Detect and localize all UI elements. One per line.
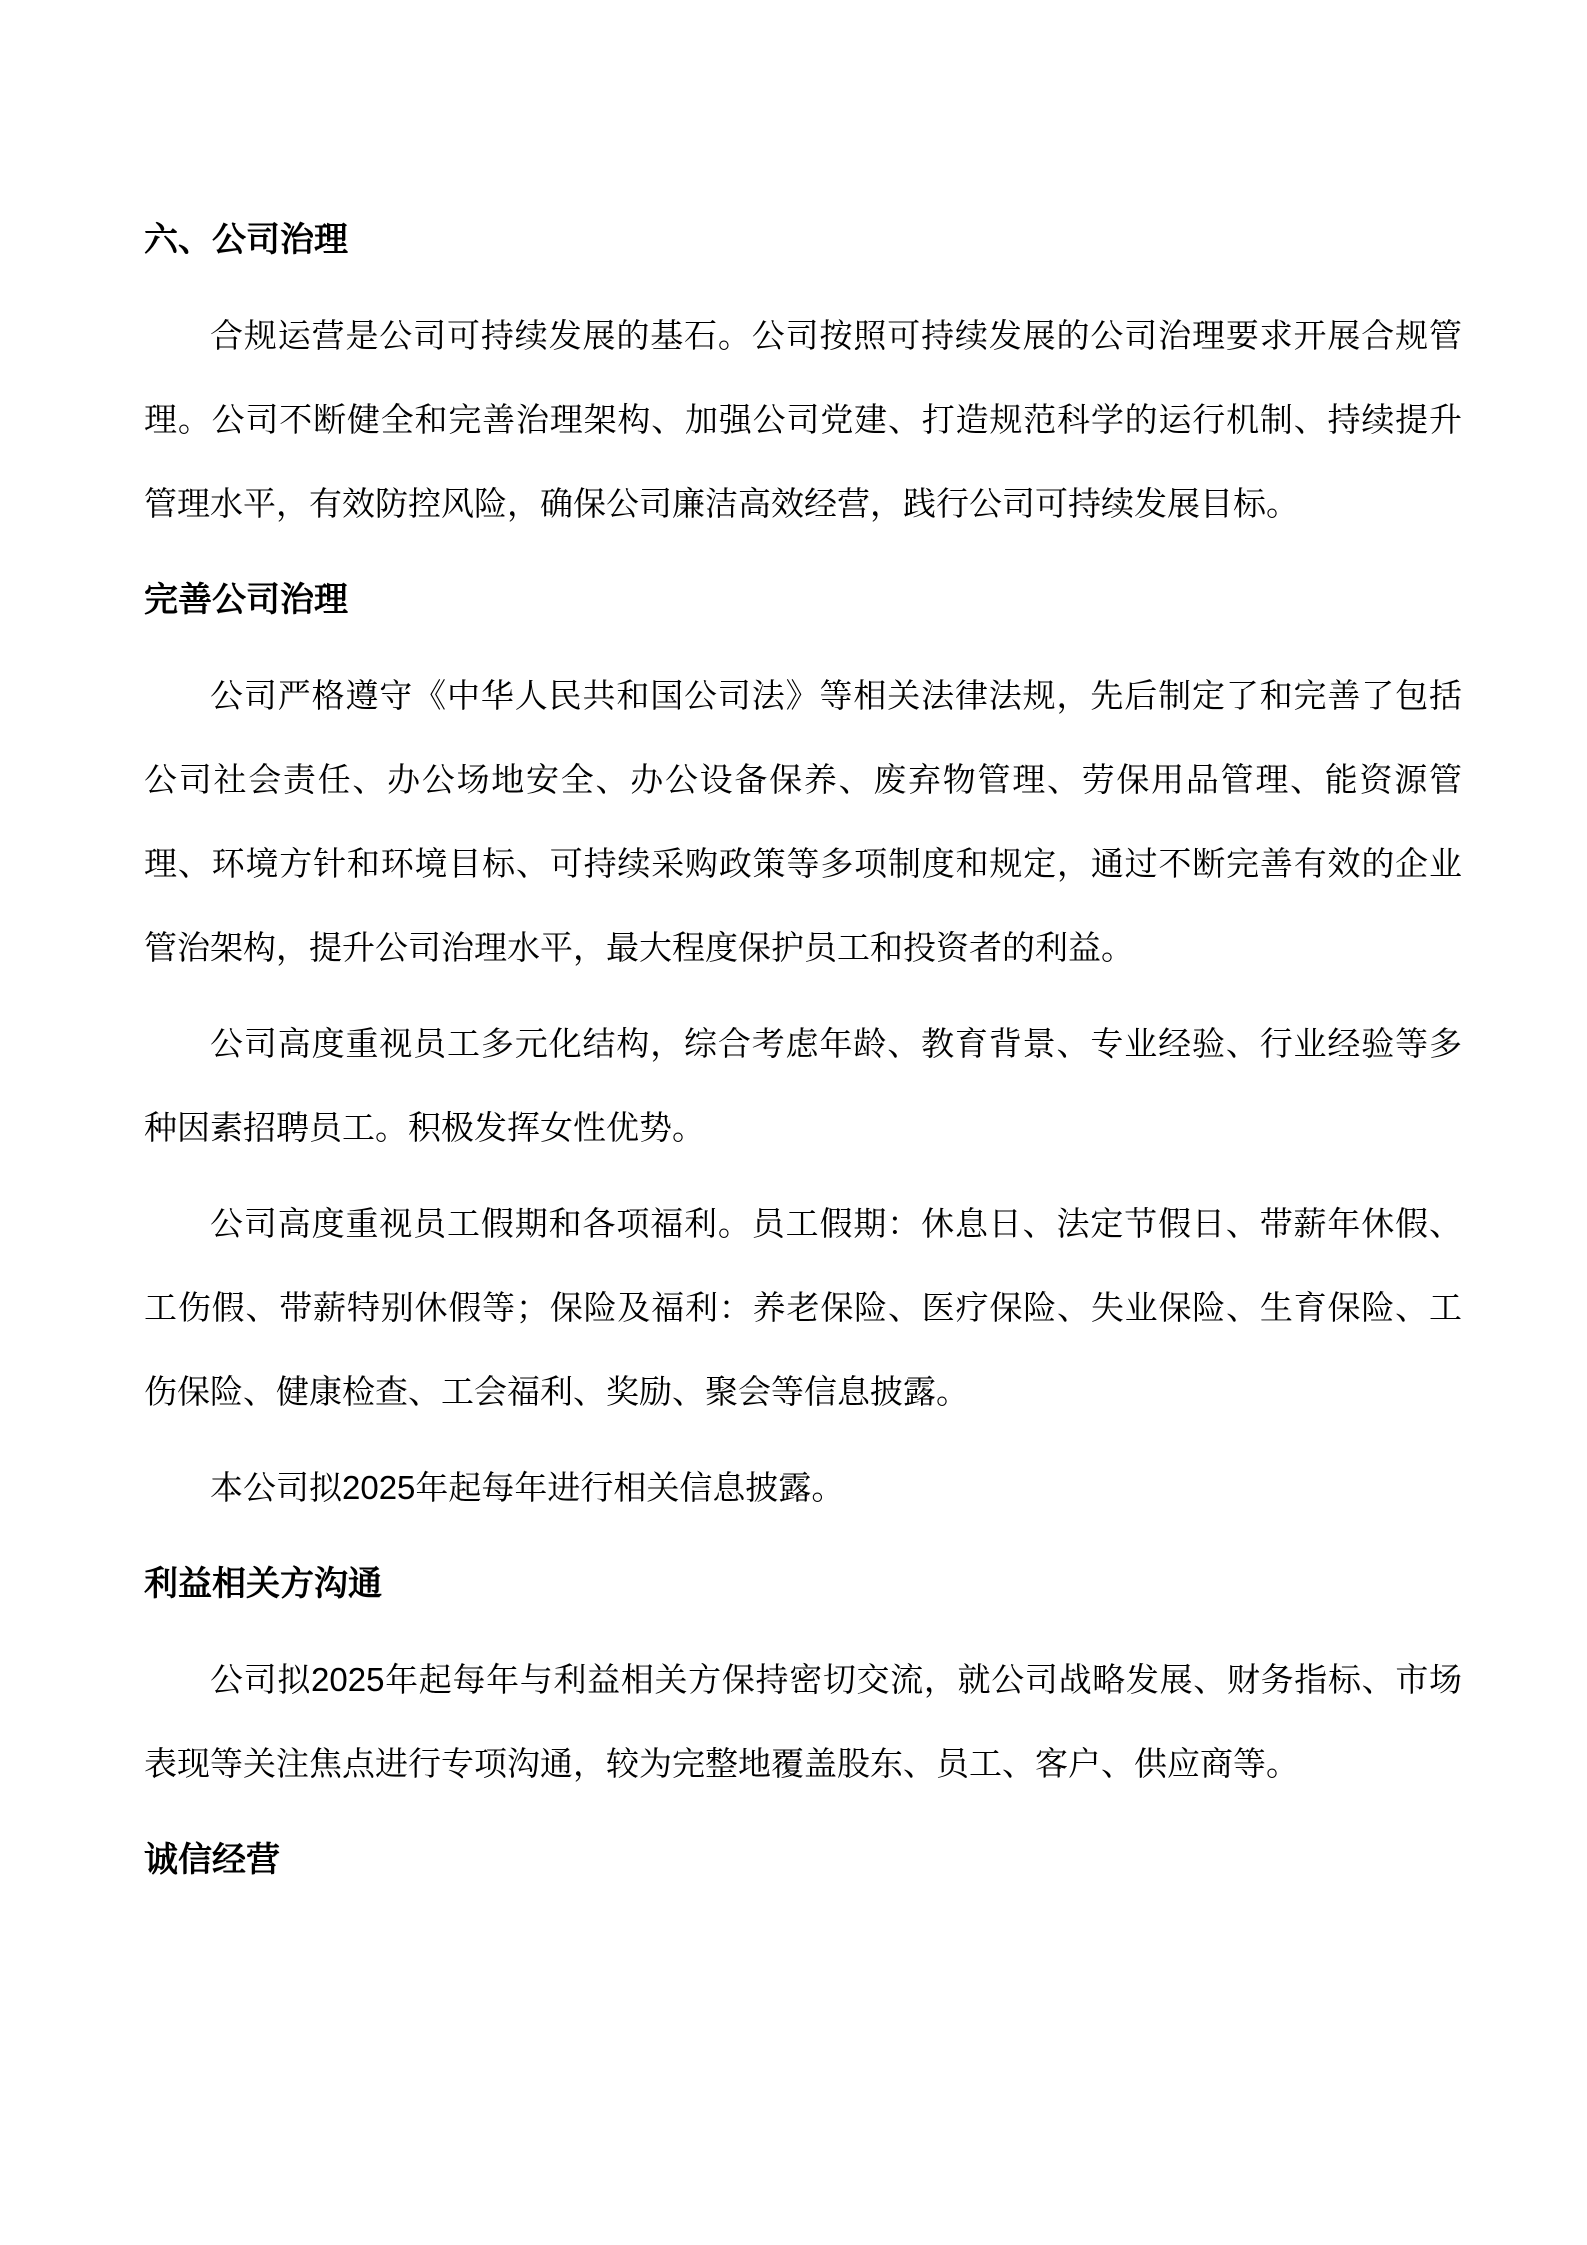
paragraph-disclosure-plan: 本公司拟2025年起每年进行相关信息披露。 [144,1446,1462,1530]
paragraph-compliance-overview: 合规运营是公司可持续发展的基石。公司按照可持续发展的公司治理要求开展合规管理。公… [144,294,1462,546]
paragraph-employee-diversity: 公司高度重视员工多元化结构，综合考虑年龄、教育背景、专业经验、行业经验等多种因素… [144,1002,1462,1170]
document-page: 六、公司治理 合规运营是公司可持续发展的基石。公司按照可持续发展的公司治理要求开… [0,0,1587,2245]
paragraph-employee-benefits: 公司高度重视员工假期和各项福利。员工假期：休息日、法定节假日、带薪年休假、工伤假… [144,1182,1462,1434]
subheading-improve-governance: 完善公司治理 [144,558,1462,642]
paragraph-stakeholder-communication: 公司拟2025年起每年与利益相关方保持密切交流，就公司战略发展、财务指标、市场表… [144,1638,1462,1806]
paragraph-governance-systems: 公司严格遵守《中华人民共和国公司法》等相关法律法规，先后制定了和完善了包括公司社… [144,654,1462,990]
subheading-integrity-management: 诚信经营 [144,1818,1462,1902]
subheading-stakeholder-communication: 利益相关方沟通 [144,1542,1462,1626]
section-heading-corporate-governance: 六、公司治理 [144,198,1462,282]
